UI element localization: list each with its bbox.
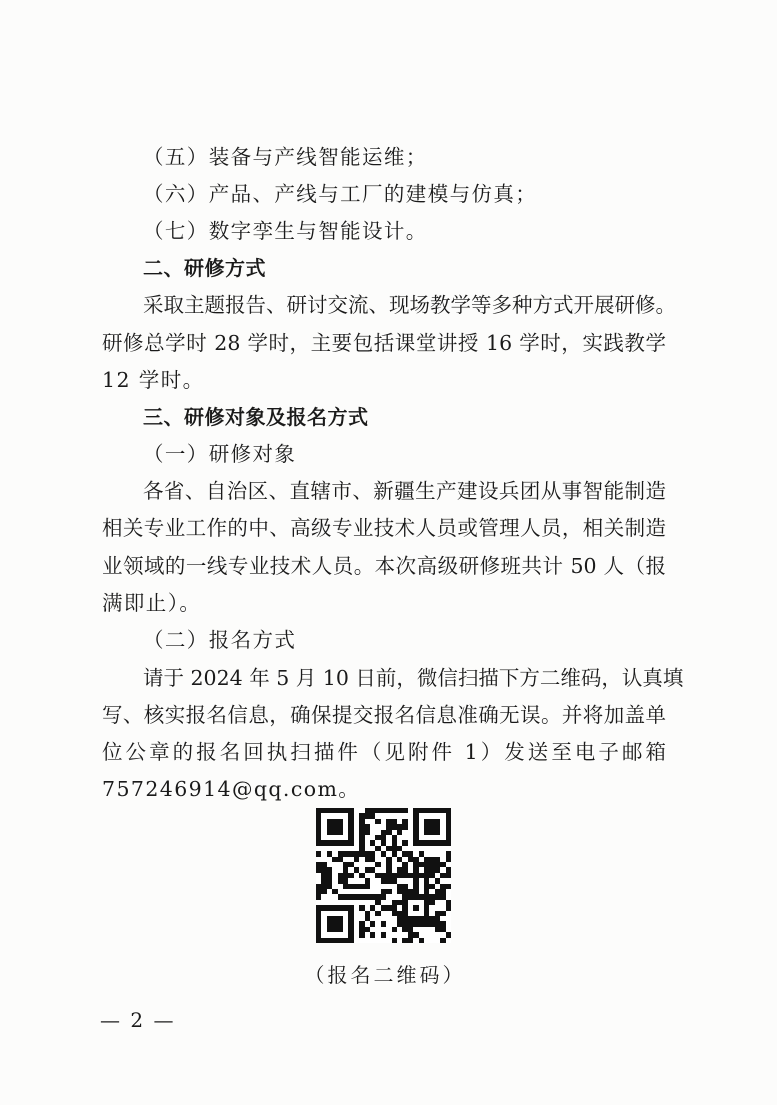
paragraph-line: 研修总学时 28 学时，主要包括课堂讲授 16 学时，实践教学 xyxy=(102,328,666,358)
section-heading-study-method: 二、研修方式 xyxy=(143,253,707,283)
paragraph-line: 位公章的报名回执扫描件（见附件 1）发送至电子邮箱 xyxy=(102,737,666,767)
paragraph-line: 12 学时。 xyxy=(102,365,666,395)
page-number: — 2 — xyxy=(100,1005,175,1035)
list-item-6: （六）产品、产线与工厂的建模与仿真； xyxy=(143,179,707,209)
paragraph-line: 写、核实报名信息，确保提交报名信息准确无误。并将加盖单 xyxy=(102,700,666,730)
section-heading-participants-registration: 三、研修对象及报名方式 xyxy=(143,402,707,432)
paragraph-line: 各省、自治区、直辖市、新疆生产建设兵团从事智能制造 xyxy=(143,476,666,506)
paragraph-line: 采取主题报告、研讨交流、现场教学等多种方式开展研修。 xyxy=(143,290,666,320)
email-address: 757246914@qq.com。 xyxy=(102,774,666,804)
subsection-heading-registration: （二）报名方式 xyxy=(143,625,707,655)
qr-caption: （报名二维码） xyxy=(300,960,470,990)
list-item-7: （七）数字孪生与智能设计。 xyxy=(143,216,707,246)
paragraph-line: 业领域的一线专业技术人员。本次高级研修班共计 50 人（报 xyxy=(102,551,666,581)
qr-code-icon[interactable] xyxy=(316,808,451,943)
subsection-heading-participants: （一）研修对象 xyxy=(143,439,707,469)
paragraph-line: 请于 2024 年 5 月 10 日前，微信扫描下方二维码，认真填 xyxy=(143,663,666,693)
list-item-5: （五）装备与产线智能运维； xyxy=(143,142,707,172)
paragraph-line: 满即止）。 xyxy=(102,588,666,618)
paragraph-line: 相关专业工作的中、高级专业技术人员或管理人员，相关制造 xyxy=(102,513,666,543)
document-page: （五）装备与产线智能运维； （六）产品、产线与工厂的建模与仿真； （七）数字孪生… xyxy=(0,0,777,1105)
